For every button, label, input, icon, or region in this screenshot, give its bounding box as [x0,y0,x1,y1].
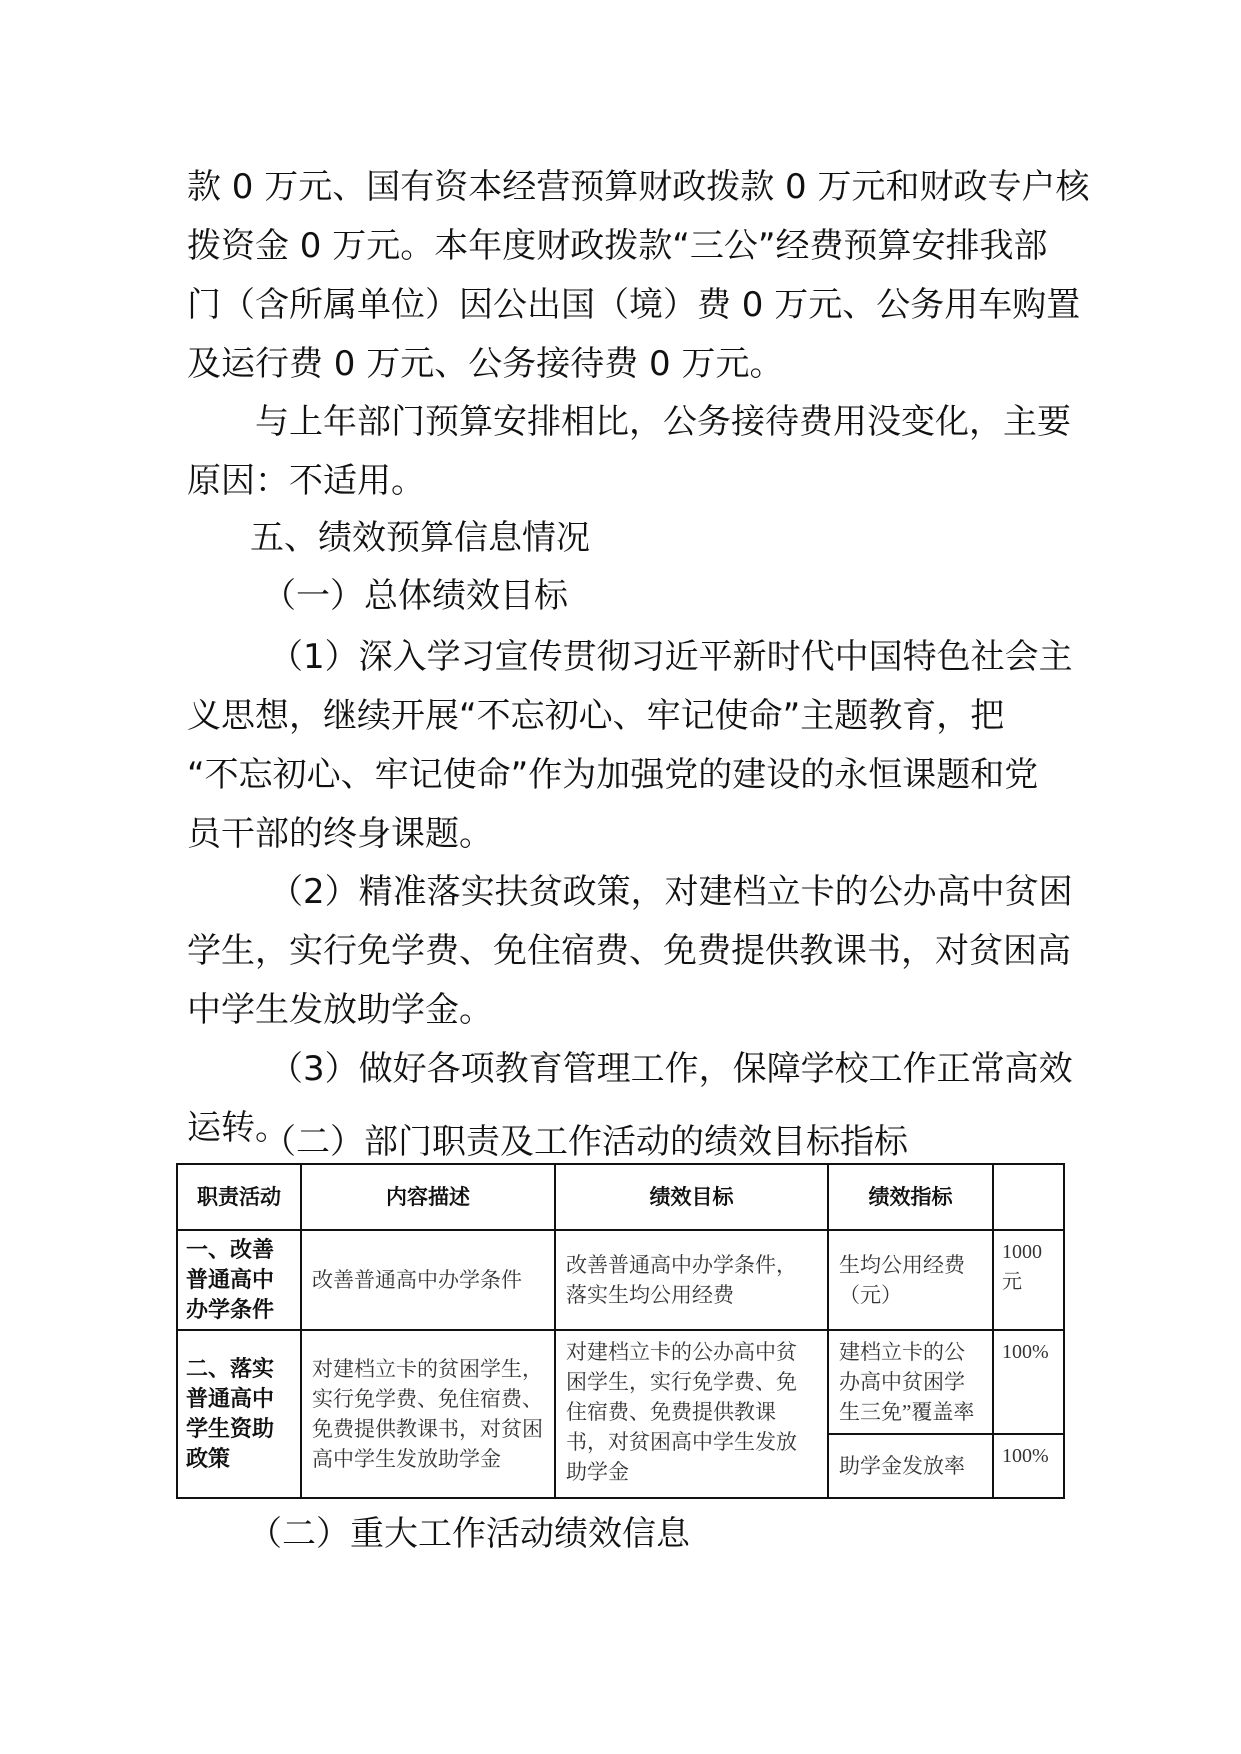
table-header-row: 职责活动 内容描述 绩效目标 绩效指标 [177,1164,1064,1230]
text-line: 及运行费 0 万元、公务接待费 0 万元。 [187,335,1057,394]
performance-table: 职责活动 内容描述 绩效目标 绩效指标 一、改善普通高中办学条件 改善普通高中办… [176,1163,1065,1499]
text-line: （2）精准落实扶贫政策，对建档立卡的公办高中贫困 [187,863,1057,922]
text-line: 学生，实行免学费、免住宿费、免费提供教课书，对贫困高 [187,922,1057,981]
header-indicator: 绩效指标 [828,1164,993,1230]
cell-description: 对建档立卡的贫困学生，实行免学费、免住宿费、免费提供教课书，对贫困高中学生发放助… [301,1330,555,1498]
cell-activity: 一、改善普通高中办学条件 [177,1230,301,1330]
paragraph-budget-allocation: 款 0 万元、国有资本经营预算财政拨款 0 万元和财政专户核 拨资金 0 万元。… [187,158,1057,394]
text-line: 款 0 万元、国有资本经营预算财政拨款 0 万元和财政专户核 [187,158,1057,217]
subsection-heading-major-activities: （二）重大工作活动绩效信息 [248,1506,690,1555]
cell-indicator: 助学金发放率 [828,1434,993,1498]
cell-goal: 改善普通高中办学条件，落实生均公用经费 [555,1230,828,1330]
cell-value: 1000 元 [993,1230,1064,1330]
header-description: 内容描述 [301,1164,555,1230]
text-line: （1）深入学习宣传贯彻习近平新时代中国特色社会主 [187,628,1057,687]
cell-description: 改善普通高中办学条件 [301,1230,555,1330]
cell-value: 100% [993,1434,1064,1498]
cell-indicator: 建档立卡的公办高中贫困学生三免”覆盖率 [828,1330,993,1434]
text-line: 义思想，继续开展“不忘初心、牢记使命”主题教育，把 [187,687,1057,746]
subsection-heading-targets: （二）部门职责及工作活动的绩效目标指标 [262,1114,908,1163]
header-goal: 绩效目标 [555,1164,828,1230]
text-line: 员干部的终身课题。 [187,805,1057,864]
cell-indicator: 生均公用经费（元） [828,1230,993,1330]
cell-activity: 二、落实普通高中学生资助政策 [177,1330,301,1498]
text-line: （3）做好各项教育管理工作，保障学校工作正常高效 [187,1040,1057,1099]
section-heading-performance: 五、绩效预算信息情况 [250,510,590,559]
cell-value: 100% [993,1330,1064,1434]
text-line: 与上年部门预算安排相比，公务接待费用没变化，主要 [187,393,1057,452]
text-line: 中学生发放助学金。 [187,981,1057,1040]
subsection-heading-overall-goals: （一）总体绩效目标 [262,568,568,617]
header-value [993,1164,1064,1230]
table-row: 二、落实普通高中学生资助政策 对建档立卡的贫困学生，实行免学费、免住宿费、免费提… [177,1330,1064,1434]
text-line: 拨资金 0 万元。本年度财政拨款“三公”经费预算安排我部 [187,217,1057,276]
cell-goal: 对建档立卡的公办高中贫困学生，实行免学费、免住宿费、免费提供教课书，对贫困高中学… [555,1330,828,1498]
text-line: 门（含所属单位）因公出国（境）费 0 万元、公务用车购置 [187,276,1057,335]
text-line: “不忘初心、牢记使命”作为加强党的建设的永恒课题和党 [187,746,1057,805]
goal-item-1: （1）深入学习宣传贯彻习近平新时代中国特色社会主 义思想，继续开展“不忘初心、牢… [187,628,1057,864]
goal-item-2: （2）精准落实扶贫政策，对建档立卡的公办高中贫困 学生，实行免学费、免住宿费、免… [187,863,1057,1040]
table-row: 一、改善普通高中办学条件 改善普通高中办学条件 改善普通高中办学条件，落实生均公… [177,1230,1064,1330]
text-line: 原因：不适用。 [187,452,1057,511]
paragraph-comparison: 与上年部门预算安排相比，公务接待费用没变化，主要 原因：不适用。 [187,393,1057,511]
header-activity: 职责活动 [177,1164,301,1230]
